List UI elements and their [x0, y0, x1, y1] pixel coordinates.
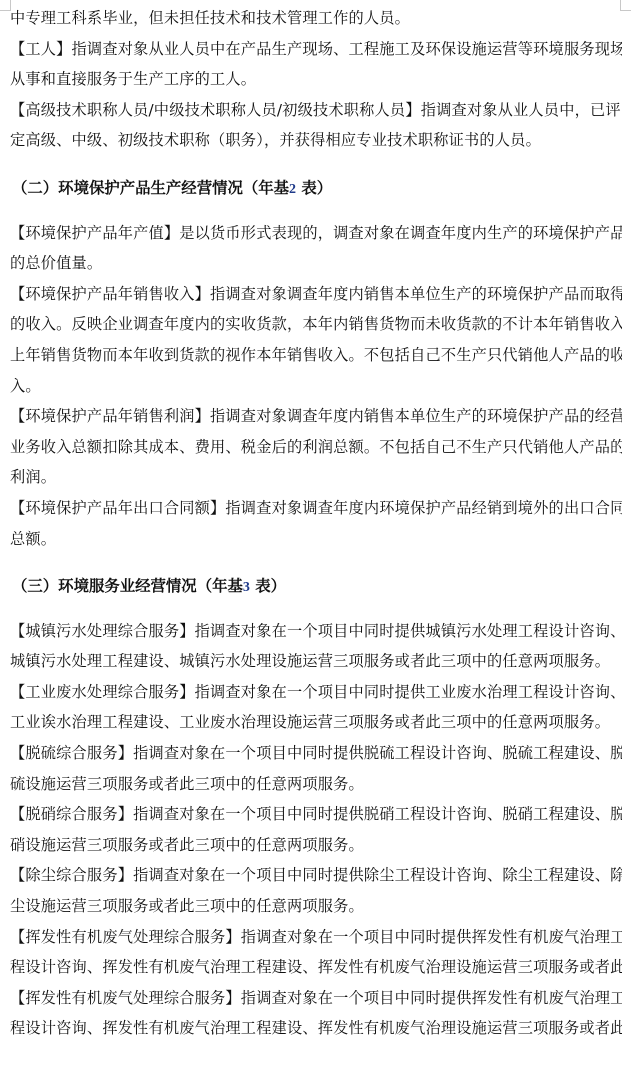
- paragraph-definition-annual-sales-revenue: 【环境保护产品年销售收入】指调查对象调查年度内销售本单位生产的环境保护产品而取得…: [10, 279, 622, 401]
- section-heading-products: （二）环境保护产品生产经营情况（年基2 表）: [10, 173, 622, 204]
- text-line: 【环境保护产品年产值】是以货币形式表现的，调查对象在调查年度内生产的环境保护产品: [10, 218, 622, 249]
- paragraph-definition-urban-sewage: 【城镇污水处理综合服务】指调查对象在一个项目中同时提供城镇污水处理工程设计咨询、…: [10, 616, 622, 677]
- text-line: 硝设施运营三项服务或者此三项中的任意两项服务。: [10, 830, 622, 861]
- paragraph-definition-desulfurization: 【脱硫综合服务】指调查对象在一个项目中同时提供脱硫工程设计咨询、脱硫工程建设、脱…: [10, 738, 622, 799]
- text-line: 定高级、中级、初级技术职称（职务），并获得相应专业技术职称证书的人员。: [10, 125, 622, 156]
- text-line: 业务收入总额扣除其成本、费用、税金后的利润总额。不包括自己不生产只代销他人产品的: [10, 432, 622, 463]
- text-line: 城镇污水处理工程建设、城镇污水处理设施运营三项服务或者此三项中的任意两项服务。: [10, 646, 622, 677]
- text-line: 总额。: [10, 524, 622, 555]
- paragraph-definition-dust-removal: 【除尘综合服务】指调查对象在一个项目中同时提供除尘工程设计咨询、除尘工程建设、除…: [10, 860, 622, 921]
- heading-text-suffix: 表）: [296, 179, 332, 197]
- text-line: 利润。: [10, 462, 622, 493]
- text-line: 【城镇污水处理综合服务】指调查对象在一个项目中同时提供城镇污水处理工程设计咨询、: [10, 616, 622, 647]
- text-line: 从事和直接服务于生产工序的工人。: [10, 64, 622, 95]
- text-line: 的收入。反映企业调查年度内的实收货款，本年内销售货物而未收货款的不计本年销售收入…: [10, 309, 622, 340]
- text-line: 工业诶水治理工程建设、工业废水治理设施运营三项服务或者此三项中的任意两项服务。: [10, 707, 622, 738]
- text-line: 的总价值量。: [10, 248, 622, 279]
- paragraph-definition-export-contracts: 【环境保护产品年出口合同额】指调查对象调查年度内环境保护产品经销到境外的出口合同…: [10, 493, 622, 554]
- paragraph-definition-voc-treatment-duplicate: 【挥发性有机废气处理综合服务】指调查对象在一个项目中同时提供挥发性有机废气治理工…: [10, 983, 622, 1044]
- paragraph-definition-voc-treatment: 【挥发性有机废气处理综合服务】指调查对象在一个项目中同时提供挥发性有机废气治理工…: [10, 922, 622, 983]
- paragraph-definition-annual-output: 【环境保护产品年产值】是以货币形式表现的，调查对象在调查年度内生产的环境保护产品…: [10, 218, 622, 279]
- text-line: 【环境保护产品年出口合同额】指调查对象调查年度内环境保护产品经销到境外的出口合同: [10, 493, 622, 524]
- heading-text: （三）环境服务业经营情况（年基: [12, 577, 243, 595]
- heading-table-number: 3: [243, 580, 250, 595]
- text-line: 【脱硫综合服务】指调查对象在一个项目中同时提供脱硫工程设计咨询、脱硫工程建设、脱: [10, 738, 622, 769]
- document-page: 中专理工科系毕业，但未担任技术和技术管理工作的人员。 【工人】指调查对象从业人员…: [10, 3, 622, 1044]
- text-line: 程设计咨询、挥发性有机废气治理工程建设、挥发性有机废气治理设施运营三项服务或者此: [10, 1013, 622, 1044]
- paragraph-technical-staff-tail: 中专理工科系毕业，但未担任技术和技术管理工作的人员。: [10, 3, 622, 34]
- paragraph-definition-industrial-wastewater: 【工业废水处理综合服务】指调查对象在一个项目中同时提供工业废水治理工程设计咨询、…: [10, 677, 622, 738]
- text-line: 【挥发性有机废气处理综合服务】指调查对象在一个项目中同时提供挥发性有机废气治理工: [10, 983, 622, 1014]
- text-line: 硫设施运营三项服务或者此三项中的任意两项服务。: [10, 769, 622, 800]
- section-heading-services: （三）环境服务业经营情况（年基3 表）: [10, 571, 622, 602]
- heading-table-number: 2: [289, 182, 296, 197]
- paragraph-definition-titled-staff: 【高级技术职称人员/中级技术职称人员/初级技术职称人员】指调查对象从业人员中，已…: [10, 95, 622, 156]
- text-line: 【挥发性有机废气处理综合服务】指调查对象在一个项目中同时提供挥发性有机废气治理工: [10, 922, 622, 953]
- text-line: 【脱硝综合服务】指调查对象在一个项目中同时提供脱硝工程设计咨询、脱硝工程建设、脱: [10, 799, 622, 830]
- paragraph-definition-denitrification: 【脱硝综合服务】指调查对象在一个项目中同时提供脱硝工程设计咨询、脱硝工程建设、脱…: [10, 799, 622, 860]
- text-line: 上年销售货物而本年收到货款的视作本年销售收入。不包括自己不生产只代销他人产品的收: [10, 340, 622, 371]
- text-line: 【工人】指调查对象从业人员中在产品生产现场、工程施工及环保设施运营等环境服务现场: [10, 34, 622, 65]
- text-line: 入。: [10, 371, 622, 402]
- paragraph-definition-workers: 【工人】指调查对象从业人员中在产品生产现场、工程施工及环保设施运营等环境服务现场…: [10, 34, 622, 95]
- heading-text-suffix: 表）: [250, 577, 286, 595]
- text-line: 【除尘综合服务】指调查对象在一个项目中同时提供除尘工程设计咨询、除尘工程建设、除: [10, 860, 622, 891]
- heading-text: （二）环境保护产品生产经营情况（年基: [12, 179, 289, 197]
- text-line: 中专理工科系毕业，但未担任技术和技术管理工作的人员。: [10, 3, 622, 34]
- text-line: 程设计咨询、挥发性有机废气治理工程建设、挥发性有机废气治理设施运营三项服务或者此: [10, 952, 622, 983]
- text-line: 尘设施运营三项服务或者此三项中的任意两项服务。: [10, 891, 622, 922]
- text-line: 【高级技术职称人员/中级技术职称人员/初级技术职称人员】指调查对象从业人员中，已…: [10, 95, 622, 126]
- text-line: 【工业废水处理综合服务】指调查对象在一个项目中同时提供工业废水治理工程设计咨询、: [10, 677, 622, 708]
- paragraph-definition-annual-sales-profit: 【环境保护产品年销售利润】指调查对象调查年度内销售本单位生产的环境保护产品的经营…: [10, 401, 622, 493]
- text-line: 【环境保护产品年销售收入】指调查对象调查年度内销售本单位生产的环境保护产品而取得: [10, 279, 622, 310]
- text-line: 【环境保护产品年销售利润】指调查对象调查年度内销售本单位生产的环境保护产品的经营: [10, 401, 622, 432]
